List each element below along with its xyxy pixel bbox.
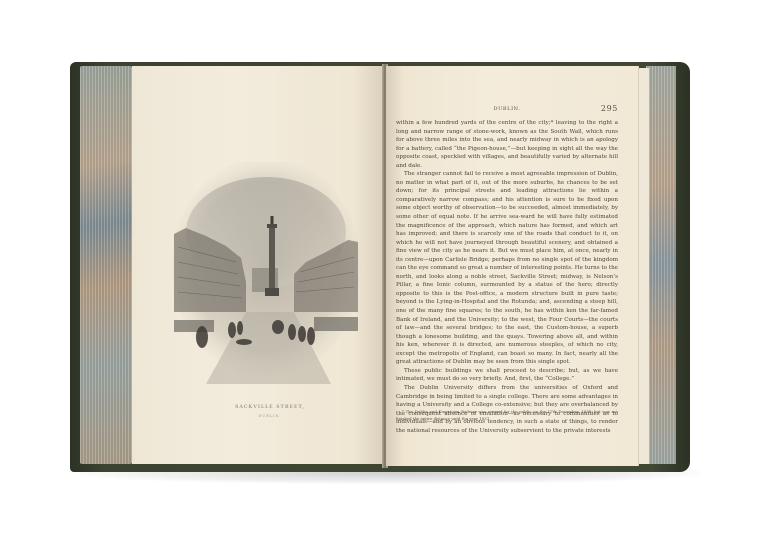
page-body-text: within a few hundred yards of the centre… (396, 119, 618, 435)
marbled-page-edge-right (646, 66, 676, 464)
paragraph: These public buildings we shall proceed … (396, 367, 618, 384)
running-head-title: DUBLIN. (396, 106, 618, 112)
paragraph: The stranger cannot fail to receive a mo… (396, 170, 618, 367)
caption-title: SACKVILLE STREET, (200, 405, 340, 410)
illustration-caption: SACKVILLE STREET, DUBLIN. (200, 405, 340, 418)
page-number: 295 (601, 104, 618, 113)
engraving-illustration (166, 162, 366, 384)
footnote: * The Dublin and Kingstown Railway was o… (396, 409, 618, 422)
running-head: DUBLIN. 295 (396, 104, 618, 116)
paragraph: within a few hundred yards of the centre… (396, 119, 618, 170)
marbled-page-edge-left (80, 66, 132, 464)
caption-subtitle: DUBLIN. (200, 414, 340, 418)
